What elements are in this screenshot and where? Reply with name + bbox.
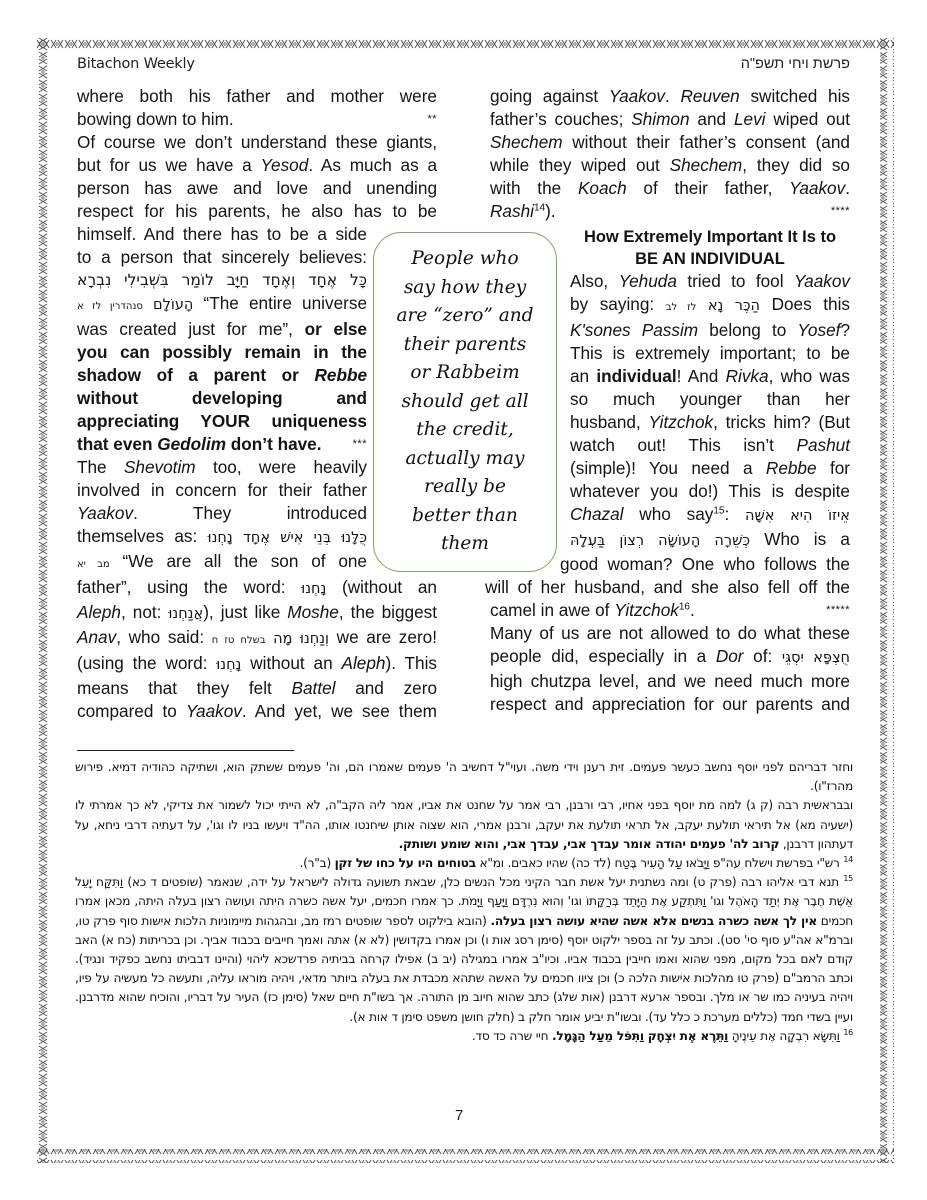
text-line: (simple)! You need a Rebbe for (570, 457, 850, 480)
text-line: by saying: הַכֶּר נָא לז לב Does this (570, 293, 850, 319)
footnote-13-continued: וחזר דבריהם לפני יוסף נחשב כעשר פעמים. ז… (75, 758, 853, 796)
source-ref: סנהדרין לז א (77, 301, 143, 312)
text-line: Many of us are not allowed to do what th… (490, 622, 850, 645)
text-line: (using the word: נָחְנוּ without an Alep… (77, 652, 437, 677)
footnote-14: 14 רש"י בפרשת וישלח עה"פ וַיָּבֹאוּ עַל … (75, 854, 853, 873)
text-line: appreciating YOUR uniqueness (77, 410, 367, 433)
parsha-title: פרשת ויחי תשפ"ה (680, 56, 850, 72)
footnote-ref: 15 (713, 505, 724, 516)
text-line: involved in concern for their father (77, 479, 367, 502)
text-line: Rashi14).**** (490, 200, 850, 223)
text-line: himself. And there has to be a side (77, 223, 367, 246)
text-line: with the Koach of their father, Yaakov. (490, 177, 850, 200)
text-line: father”, using the word: נָחְנוּ (withou… (77, 576, 437, 601)
text-line: person has awe and love and unending (77, 177, 437, 200)
text-line: going against Yaakov. Reuven switched hi… (490, 85, 850, 108)
text-line: Yaakov. They introduced (77, 502, 367, 525)
text-line: will of her husband, and she also fell o… (485, 576, 850, 599)
text-line: shadow of a parent or Rebbe (77, 364, 367, 387)
text-line: an individual! And Rivka, who was (570, 365, 850, 388)
text-line: Of course we don’t understand these gian… (77, 131, 437, 154)
text-line: watch out! This isn’t Pashut (570, 434, 850, 457)
text-line: respect for his parents, he also has to … (77, 200, 437, 223)
footnote-16: 16 וַתִּשָּׂא רִבְקָה אֶת עֵינֶיהָ וַתֵּ… (75, 1027, 853, 1046)
text-line: הָעוֹלָם סנהדרין לז א “The entire univer… (77, 292, 367, 318)
text-line: that even Gedolim don’t have.*** (77, 433, 367, 456)
text-line: camel in awe of Yitzchok16.***** (490, 599, 850, 622)
section-stars: ***** (826, 599, 850, 622)
text-line: but for us we have a Yesod. As much as a (77, 154, 437, 177)
text-line: people did, especially in a Dor of: חֻצְ… (490, 645, 850, 670)
text-line: This is extremely important; to be (570, 342, 850, 365)
text-line: themselves as: כֻּלָּנוּ בְּנֵי אִישׁ אֶ… (77, 525, 367, 550)
text-line: while they wiped out Shechem, they did s… (490, 154, 850, 177)
text-line: Also, Yehuda tried to fool Yaakov (570, 270, 850, 293)
text-line: good woman? One who follows the (490, 553, 850, 576)
text-line: husband, Yitzchok, tricks him? (But (570, 411, 850, 434)
hebrew-quote: כָּל אֶחָד וְאֶחָד חַיָּב לוֹמַר בִּשְׁב… (77, 269, 367, 292)
text-line: bowing down to him.** (77, 108, 437, 131)
section-stars: *** (353, 433, 367, 456)
text-line: you can possibly remain in the (77, 341, 367, 364)
footnote-ref: 16 (679, 601, 690, 612)
text-line: מב יא “We are all the son of one (77, 550, 367, 576)
text-line: Aleph, not: אֲנַחְנוּ), just like Moshe,… (77, 601, 437, 626)
text-line: where both his father and mother were (77, 85, 437, 108)
wrap-region: How Extremely Important It Is to BE AN I… (570, 226, 850, 553)
pull-quote-line: them (441, 530, 489, 559)
footnotes-section: וחזר דבריהם לפני יוסף נחשב כעשר פעמים. ז… (75, 758, 853, 1046)
text-line: father’s couches; Shimon and Levi wiped … (490, 108, 850, 131)
source-ref: בשלח טז ח (212, 635, 266, 646)
right-column: going against Yaakov. Reuven switched hi… (490, 85, 850, 716)
text-line: The Shevotim too, were heavily (77, 456, 367, 479)
footnote-separator (77, 750, 294, 751)
text-line: respect and appreciation for our parents… (490, 693, 850, 716)
text-line: K'sones Passim belong to Yosef? (570, 319, 850, 342)
footnote-15: 15 תנא דבי אליהו רבה (פרק ט) ומה נשתנית … (75, 873, 853, 1027)
text-line: Shechem without their father’s consent (… (490, 131, 850, 154)
page-number: 7 (455, 1107, 463, 1124)
publication-title: Bitachon Weekly (77, 56, 195, 72)
section-stars: ** (427, 108, 437, 131)
text-line: compared to Yaakov. And yet, we see them (77, 700, 437, 723)
text-line: Chazal who say15: אֵיזוֹ הִיא אִשָּׁה (570, 503, 850, 528)
text-line: כְּשֵׁרָה הָעוֹשָׂה רְצוֹן בַּעְלָהּ Who… (570, 528, 850, 553)
text-line: means that they felt Battel and zero (77, 677, 437, 700)
text-line: so much younger than her (570, 388, 850, 411)
text-line: was created just for me”, or else (77, 318, 367, 341)
text-line: whatever you do!) This is despite (570, 480, 850, 503)
footnote-13-continued-2: ובבראשית רבה (ק ג) למה מת יוסף בפני אחיו… (75, 796, 853, 854)
wrap-region: himself. And there has to be a side to a… (77, 223, 367, 576)
footnote-ref: 14 (534, 202, 545, 213)
source-ref: לז לב (666, 302, 697, 313)
text-line: Anav, who said: וְנַחְנוּ מָה בשלח טז ח … (77, 626, 437, 652)
section-stars: **** (831, 200, 850, 223)
source-ref: מב יא (77, 559, 110, 570)
text-line: high chutzpa level, and we need much mor… (490, 670, 850, 693)
text-line: to a person that sincerely believes: (77, 246, 367, 269)
text-line: without developing and (77, 387, 367, 410)
section-heading: How Extremely Important It Is to BE AN I… (570, 226, 850, 270)
